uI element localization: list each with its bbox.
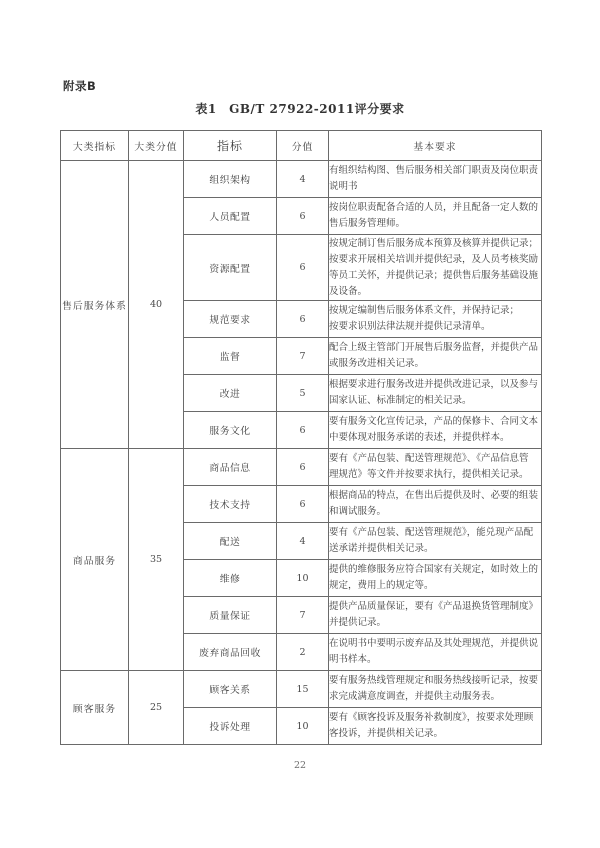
column-header-requirement: 基本要求 (329, 131, 542, 161)
table-title: 表1 GB/T 27922-2011评分要求 (0, 100, 600, 117)
score-cell: 4 (277, 161, 329, 198)
indicator-cell: 技术支持 (184, 486, 277, 523)
column-header-major-score: 大类分值 (129, 131, 184, 161)
score-cell: 10 (277, 708, 329, 745)
score-cell: 6 (277, 301, 329, 338)
indicator-cell: 废弃商品回收 (184, 634, 277, 671)
requirement-cell: 要有《顾客投诉及服务补救制度》，按要求处理顾 客投诉，并提供相关记录。 (329, 708, 542, 745)
requirement-cell: 提供产品质量保证，要有《产品退换货管理制度》 并提供记录。 (329, 597, 542, 634)
group-score-product-service: 35 (129, 449, 184, 671)
requirement-cell: 根据要求进行服务改进并提供改进记录，以及参与 国家认证、标准制定的相关记录。 (329, 375, 542, 412)
group-name-after-sales-system: 售后服务体系 (61, 161, 129, 449)
requirement-cell: 要有《产品包装、配送管理规范》、《产品信息管 理规范》等文件并按要求执行，提供相… (329, 449, 542, 486)
indicator-cell: 商品信息 (184, 449, 277, 486)
indicator-cell: 监督 (184, 338, 277, 375)
score-cell: 4 (277, 523, 329, 560)
indicator-cell: 资源配置 (184, 235, 277, 301)
requirement-cell: 要有服务热线管理规定和服务热线接听记录，按要 求完成满意度调查，并提供主动服务表… (329, 671, 542, 708)
score-cell: 15 (277, 671, 329, 708)
indicator-cell: 质量保证 (184, 597, 277, 634)
score-cell: 6 (277, 412, 329, 449)
requirement-cell: 在说明书中要明示废弃品及其处理规范，并提供说 明书样本。 (329, 634, 542, 671)
indicator-cell: 人员配置 (184, 198, 277, 235)
score-cell: 10 (277, 560, 329, 597)
requirement-cell: 要有服务文化宣传记录，产品的保修卡、合同文本 中要体现对服务承诺的表述，并提供样… (329, 412, 542, 449)
score-cell: 2 (277, 634, 329, 671)
score-cell: 6 (277, 235, 329, 301)
requirement-cell: 按规定编制售后服务体系文件，并保持记录； 按要求识别法律法规并提供记录清单。 (329, 301, 542, 338)
requirement-cell: 按岗位职责配备合适的人员，并且配备一定人数的 售后服务管理师。 (329, 198, 542, 235)
group-name-product-service: 商品服务 (61, 449, 129, 671)
score-cell: 7 (277, 338, 329, 375)
indicator-cell: 投诉处理 (184, 708, 277, 745)
indicator-cell: 组织架构 (184, 161, 277, 198)
table-header-row: 大类指标 大类分值 指标 分值 基本要求 (61, 131, 542, 161)
score-cell: 6 (277, 486, 329, 523)
score-table: 大类指标 大类分值 指标 分值 基本要求 售后服务体系 40 组织架构 4 有组… (60, 130, 542, 745)
score-cell: 7 (277, 597, 329, 634)
requirement-cell: 根据商品的特点，在售出后提供及时、必要的组装 和调试服务。 (329, 486, 542, 523)
score-cell: 6 (277, 449, 329, 486)
score-cell: 6 (277, 198, 329, 235)
column-header-score: 分值 (277, 131, 329, 161)
page-number: 22 (0, 760, 600, 771)
column-header-major-indicator: 大类指标 (61, 131, 129, 161)
appendix-label: 附录B (63, 78, 96, 94)
indicator-cell: 服务文化 (184, 412, 277, 449)
table-row: 售后服务体系 40 组织架构 4 有组织结构图、售后服务相关部门职责及岗位职责 … (61, 161, 542, 198)
indicator-cell: 规范要求 (184, 301, 277, 338)
requirement-cell: 提供的维修服务应符合国家有关规定，如时效上的 规定，费用上的规定等。 (329, 560, 542, 597)
group-score-after-sales-system: 40 (129, 161, 184, 449)
requirement-cell: 配合上级主管部门开展售后服务监督，并提供产品 或服务改进相关记录。 (329, 338, 542, 375)
indicator-cell: 配送 (184, 523, 277, 560)
document-page: 附录B 表1 GB/T 27922-2011评分要求 大类指标 大类分值 指标 … (0, 0, 600, 848)
score-cell: 5 (277, 375, 329, 412)
group-score-customer-service: 25 (129, 671, 184, 745)
requirement-cell: 按规定制订售后服务成本预算及核算并提供记录； 按要求开展相关培训并提供纪录，及人… (329, 235, 542, 301)
table-row: 商品服务 35 商品信息 6 要有《产品包装、配送管理规范》、《产品信息管 理规… (61, 449, 542, 486)
indicator-cell: 改进 (184, 375, 277, 412)
indicator-cell: 维修 (184, 560, 277, 597)
group-name-customer-service: 顾客服务 (61, 671, 129, 745)
requirement-cell: 要有《产品包装、配送管理规范》，能兑现产品配 送承诺并提供相关记录。 (329, 523, 542, 560)
table-row: 顾客服务 25 顾客关系 15 要有服务热线管理规定和服务热线接听记录，按要 求… (61, 671, 542, 708)
indicator-cell: 顾客关系 (184, 671, 277, 708)
requirement-cell: 有组织结构图、售后服务相关部门职责及岗位职责 说明书 (329, 161, 542, 198)
column-header-indicator: 指标 (184, 131, 277, 161)
